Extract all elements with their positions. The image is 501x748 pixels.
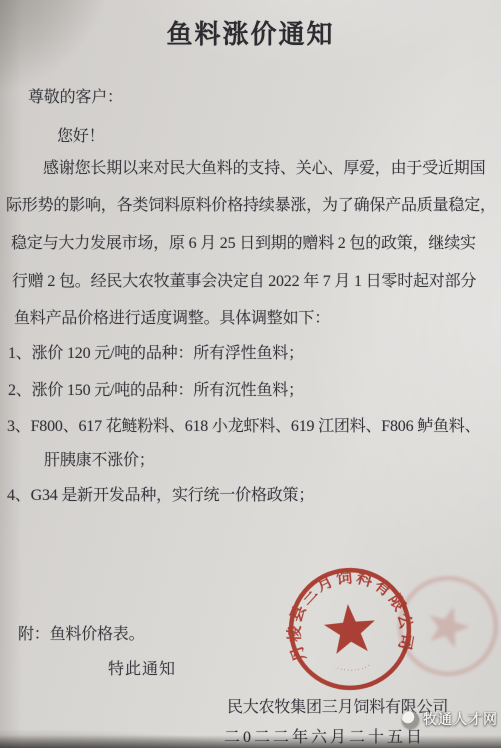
list-item-3: 3、F800、617 花鲢粉料、618 小龙虾料、619 江团料、F806 鲈鱼… bbox=[7, 413, 480, 436]
body-line-5: 鱼料产品价格进行适度调整。具体调整如下： bbox=[14, 305, 330, 328]
body-line-4: 行赠 2 包。经民大农牧董事会决定自 2022 年 7 月 1 日零时起对部分 bbox=[12, 268, 476, 291]
body-line-1: 感谢您长期以来对民大鱼料的支持、关心、厚爱，由于受近期国 bbox=[43, 155, 485, 178]
svg-text:· · · · · · · · · ·: · · · · · · · · · · bbox=[335, 662, 372, 676]
attachment-note: 附：鱼料价格表。 bbox=[18, 621, 144, 644]
seal-star-icon bbox=[322, 602, 377, 655]
list-item-1: 1、涨价 120 元/吨的品种：所有浮性鱼料； bbox=[8, 340, 304, 363]
closing-phrase: 特此通知 bbox=[108, 656, 176, 679]
seal-serial-marks: · · · · · · · · · · bbox=[335, 662, 372, 676]
body-line-3: 稳定与大力发展市场，原 6 月 25 日到期的赠料 2 包的政策，继续实 bbox=[11, 230, 476, 253]
list-item-3-continuation: 肝胰康不涨价； bbox=[44, 447, 155, 470]
greeting: 您好！ bbox=[57, 123, 104, 146]
company-seal: 丹棱县三月饲料有限公司 · · · · · · · · · · bbox=[280, 558, 419, 701]
site-watermark: 牧通人才网 bbox=[402, 709, 498, 729]
watermark-bird-logo-icon bbox=[402, 711, 419, 728]
list-item-4: 4、G34 是新开发品种，实行统一价格政策； bbox=[7, 482, 314, 505]
watermark-label: 牧通人才网 bbox=[423, 709, 498, 729]
notice-title: 鱼料涨价通知 bbox=[0, 14, 501, 51]
notice-photo: 鱼料涨价通知 尊敬的客户： 您好！ 感谢您长期以来对民大鱼料的支持、关心、厚爱，… bbox=[0, 0, 501, 748]
salutation: 尊敬的客户： bbox=[28, 84, 123, 107]
date-line: 二0二二年六月二十五日 bbox=[224, 724, 425, 747]
list-item-2: 2、涨价 150 元/吨的品种：所有沉性鱼料； bbox=[8, 377, 304, 400]
body-line-2: 际形势的影响，各类饲料原料价格持续暴涨，为了确保产品质量稳定， bbox=[6, 192, 496, 215]
